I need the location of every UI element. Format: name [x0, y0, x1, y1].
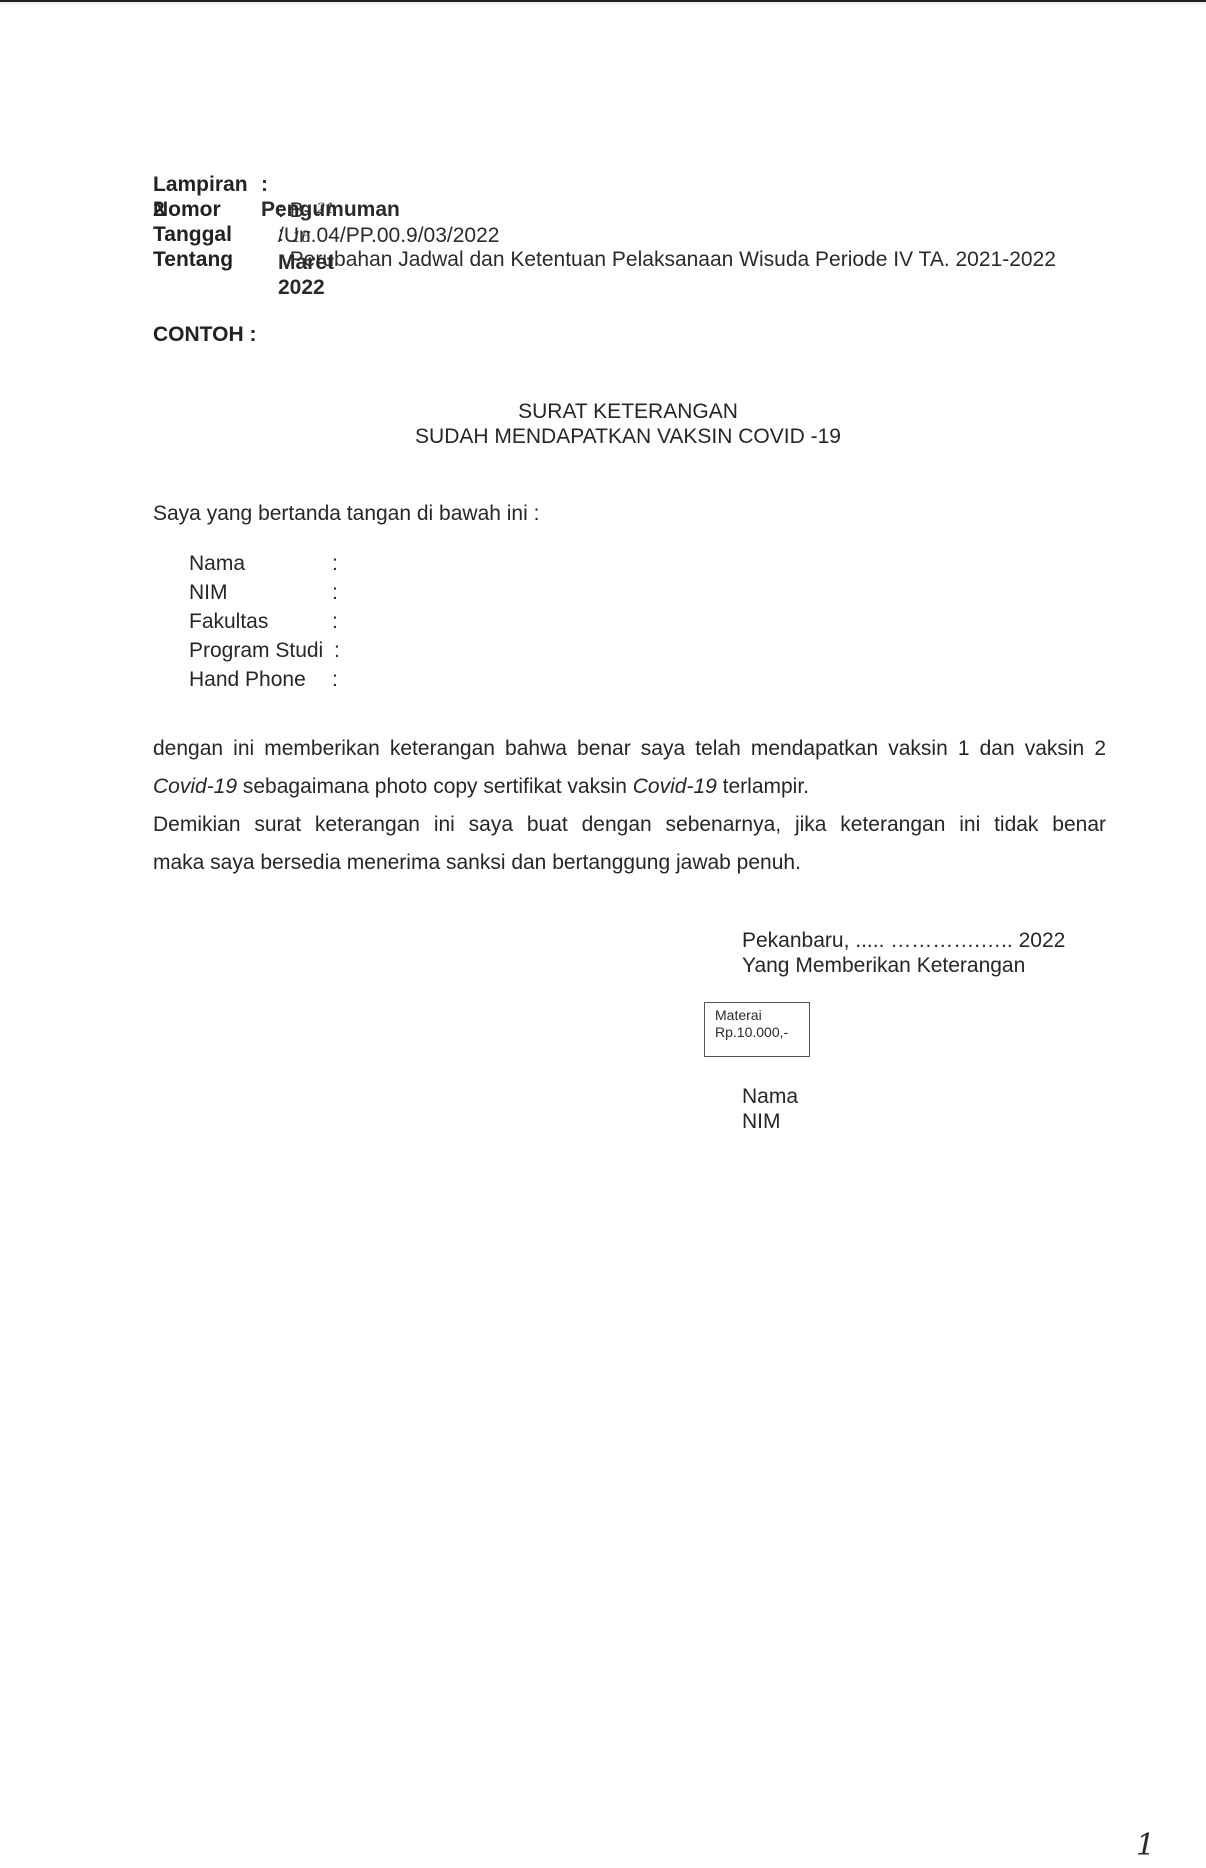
field-label: Hand Phone — [189, 668, 306, 691]
field-colon: : — [332, 551, 338, 576]
body-paragraph-1-line-1: dengan ini memberikan keterangan bahwa b… — [153, 730, 1106, 768]
body-paragraph-2-line-1: Demikian surat keterangan ini saya buat … — [153, 806, 1106, 844]
tentang-label: Tentang — [153, 247, 233, 272]
handwritten-page-number: 1 — [1136, 1828, 1155, 1863]
nomor-label: Nomor — [153, 197, 221, 222]
scan-top-shadow — [0, 2, 1206, 5]
document-title: SURAT KETERANGAN — [0, 400, 1206, 424]
field-label: NIM — [189, 581, 228, 604]
field-program-studi: Program Studi : — [189, 638, 323, 663]
tanggal-prefix: : — [278, 223, 284, 246]
field-colon: : — [332, 580, 338, 605]
handwritten-number: 21 — [317, 197, 335, 222]
field-fakultas: Fakultas : — [189, 609, 268, 634]
field-label: Program Studi — [189, 639, 323, 662]
document-subtitle: SUDAH MENDAPATKAN VAKSIN COVID -19 — [0, 425, 1206, 449]
contoh-label: CONTOH : — [153, 323, 256, 347]
tanggal-label: Tanggal — [153, 222, 232, 247]
tentang-value: : Perubahan Jadwal dan Ketentuan Pelaksa… — [278, 247, 1056, 272]
covid-term: Covid-19 — [633, 775, 717, 798]
signature-nim-label: NIM — [742, 1109, 781, 1134]
field-hand-phone: Hand Phone : — [189, 667, 306, 692]
field-nama: Nama : — [189, 551, 245, 576]
signature-name-label: Nama — [742, 1084, 798, 1109]
stamp-amount: Rp.10.000,- — [715, 1024, 788, 1041]
covid-term: Covid-19 — [153, 775, 237, 798]
field-label: Nama — [189, 552, 245, 575]
field-colon: : — [334, 638, 340, 663]
stamp-label: Materai — [715, 1007, 762, 1024]
intro-text: Saya yang bertanda tangan di bawah ini : — [153, 502, 539, 526]
body-text: sebagaimana photo copy sertifikat vaksin — [237, 775, 633, 798]
field-colon: : — [332, 609, 338, 634]
field-label: Fakultas — [189, 610, 268, 633]
body-paragraph-2-line-2: maka saya bersedia menerima sanksi dan b… — [153, 844, 1106, 882]
signature-role: Yang Memberikan Keterangan — [742, 953, 1025, 978]
nomor-prefix: : B- — [278, 199, 311, 222]
stamp-duty-box: Materai Rp.10.000,- — [704, 1002, 810, 1057]
body-paragraph-1-line-2: Covid-19 sebagaimana photo copy sertifik… — [153, 768, 1106, 806]
field-colon: : — [332, 667, 338, 692]
field-nim: NIM : — [189, 580, 228, 605]
signature-place-date: Pekanbaru, ..... ………….….. 2022 — [742, 928, 1065, 953]
body-text: terlampir. — [717, 775, 809, 798]
